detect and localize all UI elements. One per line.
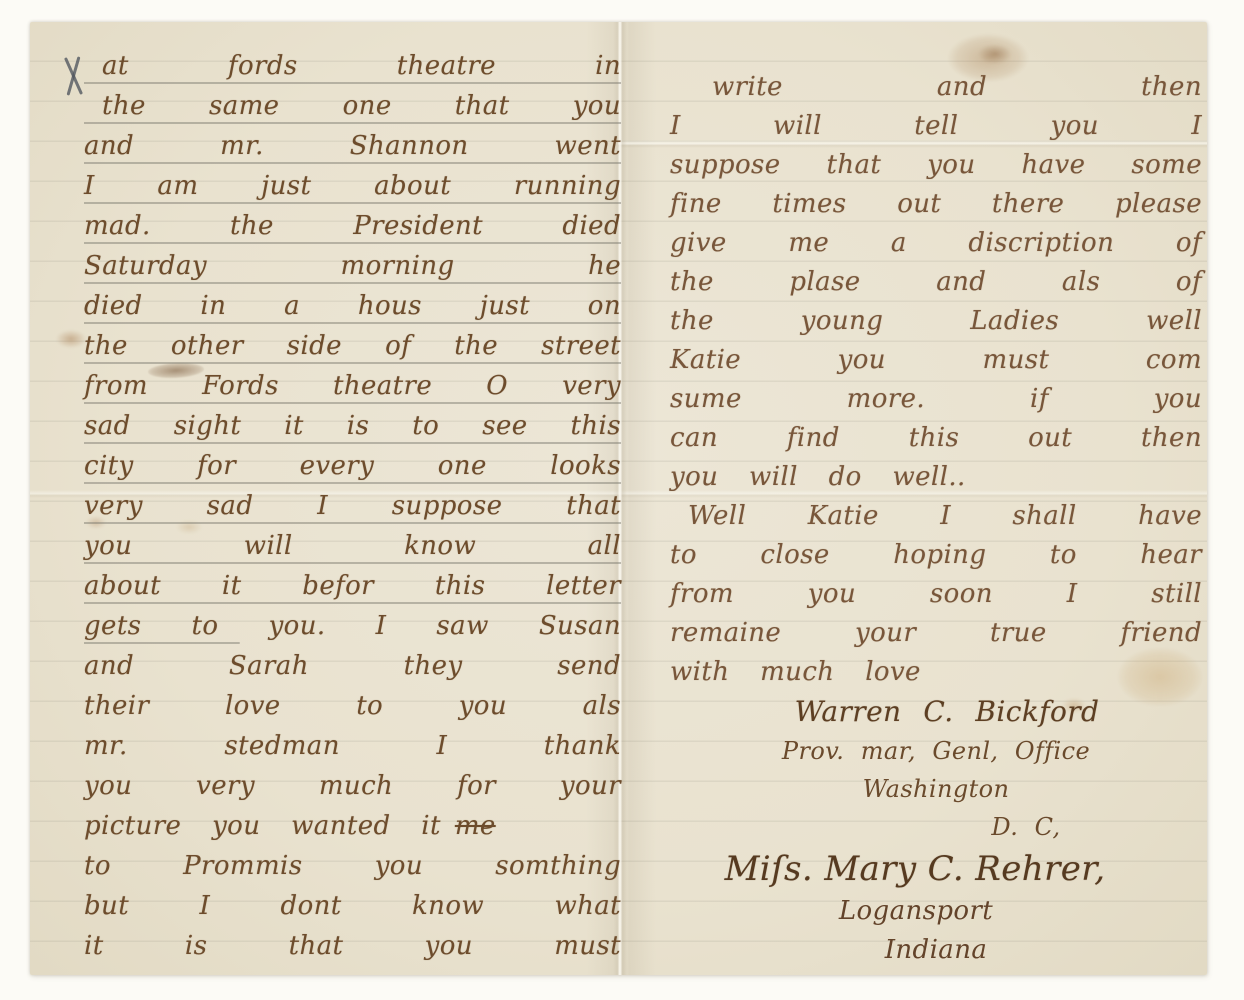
signature-line: Washington <box>670 770 1202 808</box>
letter-line: Well Katie I shall have <box>670 497 1202 536</box>
letter-line: the other side of the street <box>84 326 621 366</box>
letter-line-text: picture you wanted it <box>84 811 441 841</box>
letter-line: gets to you. I saw Susan <box>84 606 621 646</box>
letter-line: mad. the President died <box>84 206 621 246</box>
letter-line: picture you wanted itme <box>84 806 621 846</box>
letter-line: died in a hous just on <box>84 286 621 326</box>
letter-line: Saturday morning he <box>84 246 621 286</box>
letter-line: and Sarah they send <box>84 646 621 686</box>
letter-sheet: at fords theatre in the same one that yo… <box>30 22 1207 975</box>
letter-line: give me a discription of <box>670 224 1202 263</box>
letter-line: from Fords theatre O very <box>84 366 621 406</box>
signature-name: Warren C. Bickford <box>670 692 1202 732</box>
letter-line: the plase and als of <box>670 263 1202 302</box>
letter-line: write and then <box>670 68 1202 107</box>
letter-line: their love to you als <box>84 686 621 726</box>
letter-line: to close hoping to hear <box>670 536 1202 575</box>
address-recipient: Miſs. Mary C. Rehrer, <box>625 846 1205 892</box>
letter-line: from you soon I still <box>670 575 1202 614</box>
letter-page-right: write and then I will tell you I suppose… <box>670 68 1202 970</box>
letter-line: and mr. Shannon went <box>84 126 621 166</box>
address-line: Indiana <box>670 931 1202 970</box>
letter-line: mr. stedman I thank <box>84 726 621 766</box>
letter-line: suppose that you have some <box>670 146 1202 185</box>
letter-line: you very much for your <box>84 766 621 806</box>
letter-line: can find this out then <box>670 419 1202 458</box>
letter-line: very sad I suppose that <box>84 486 621 526</box>
letter-line: about it befor this letter <box>84 566 621 606</box>
letter-line: at fords theatre in <box>84 46 621 86</box>
letter-line: city for every one looks <box>84 446 621 486</box>
letter-page-left: at fords theatre in the same one that yo… <box>84 46 621 966</box>
address-line: Logansport <box>670 892 1202 931</box>
letter-line: it is that you must <box>84 926 621 966</box>
struck-word: me <box>455 811 496 841</box>
signature-line: Prov. mar, Genl, Office <box>670 732 1202 770</box>
signature-line: D. C, <box>670 808 1202 846</box>
scanned-letter: at fords theatre in the same one that yo… <box>0 0 1244 1000</box>
letter-line: the young Ladies well <box>670 302 1202 341</box>
letter-line: fine times out there please <box>670 185 1202 224</box>
letter-line: the same one that you <box>84 86 621 126</box>
letter-line: to Prommis you somthing <box>84 846 621 886</box>
letter-line: you will know all <box>84 526 621 566</box>
letter-line: but I dont know what <box>84 886 621 926</box>
pencil-x-mark <box>60 56 86 96</box>
letter-line: with much love <box>670 653 1202 692</box>
letter-line: I will tell you I <box>670 107 1202 146</box>
letter-line: sume more. if you <box>670 380 1202 419</box>
stain <box>978 44 1012 64</box>
letter-line: you will do well.. <box>670 458 1202 497</box>
letter-line: I am just about running <box>84 166 621 206</box>
letter-line: Katie you must com <box>670 341 1202 380</box>
letter-line: sad sight it is to see this <box>84 406 621 446</box>
letter-line: remaine your true friend <box>670 614 1202 653</box>
stain <box>56 330 86 348</box>
